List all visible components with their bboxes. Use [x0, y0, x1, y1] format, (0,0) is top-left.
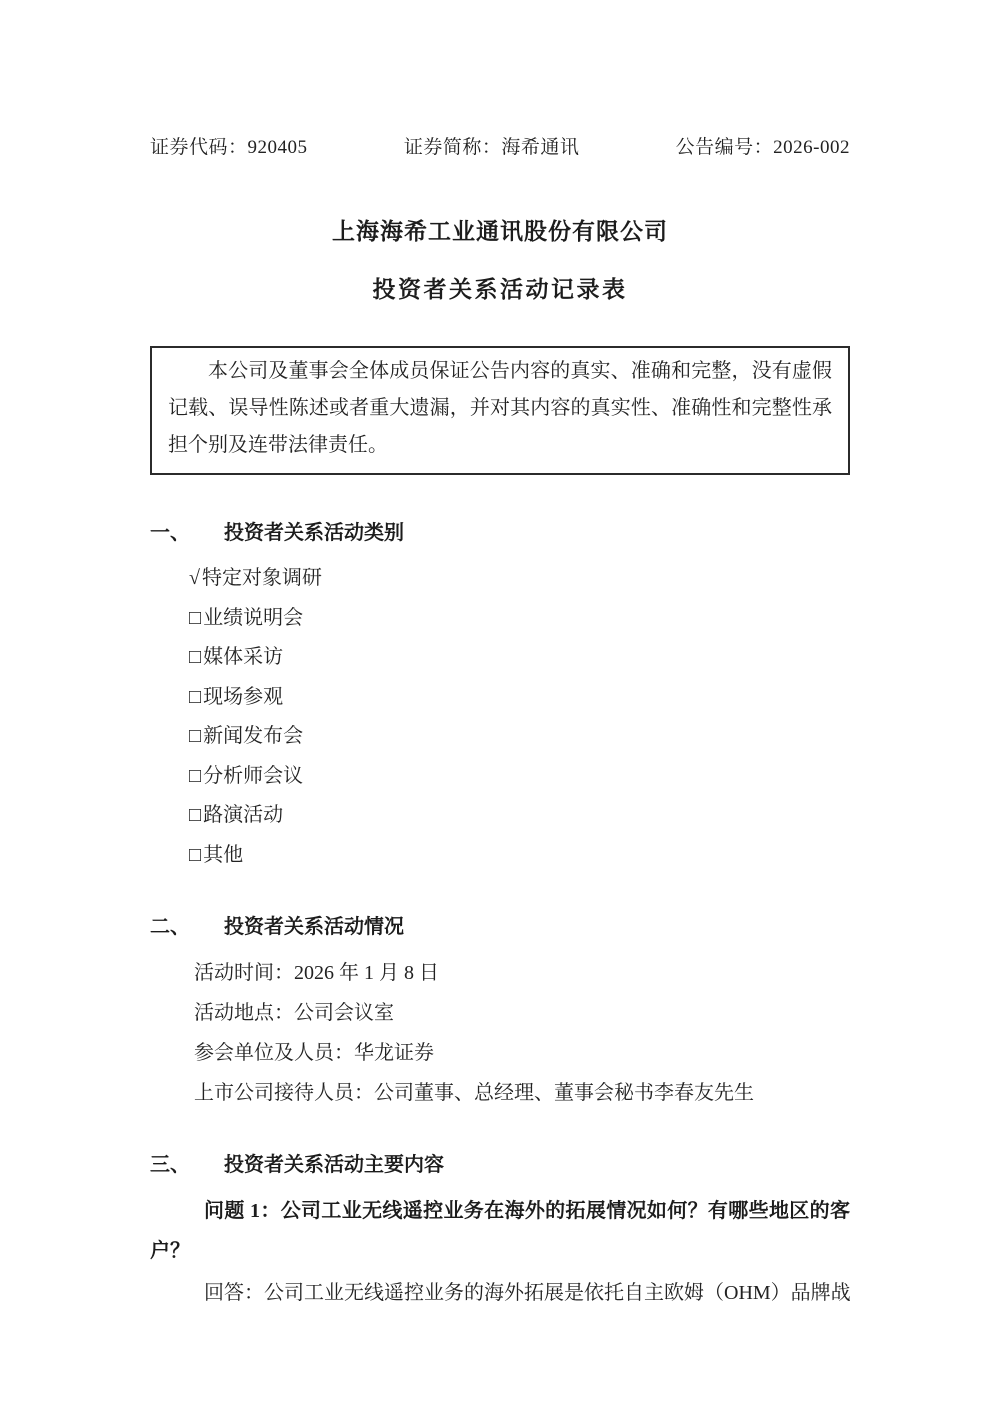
checkbox-icon: □	[189, 765, 201, 787]
section-3-heading: 三、 投资者关系活动主要内容	[150, 1151, 850, 1179]
disclaimer-line: 记载、误导性陈述或者重大遗漏，并对其内容的真实性、准确性和完整性承	[168, 390, 832, 427]
question-line: 问题 1：公司工业无线遥控业务在海外的拓展情况如何？有哪些地区的客	[150, 1191, 850, 1231]
activity-type-item: □现场参观	[189, 678, 850, 718]
document-subtitle: 投资者关系活动记录表	[150, 271, 850, 304]
activity-details: 活动时间：2026 年 1 月 8 日 活动地点：公司会议室 参会单位及人员：华…	[194, 953, 850, 1113]
activity-type-item: □分析师会议	[189, 757, 850, 797]
checkbox-icon: □	[189, 804, 201, 826]
checkbox-icon: □	[189, 646, 201, 668]
activity-type-label: 媒体采访	[203, 646, 283, 668]
section-3-title: 投资者关系活动主要内容	[224, 1151, 444, 1179]
disclaimer-line: 本公司及董事会全体成员保证公告内容的真实、准确和完整，没有虚假	[168, 353, 832, 390]
activity-type-label: 现场参观	[203, 686, 283, 708]
disclaimer-line: 担个别及连带法律责任。	[168, 427, 832, 464]
section-1-heading: 一、 投资者关系活动类别	[150, 519, 850, 547]
checkbox-icon: □	[189, 686, 201, 708]
document-content: 证券代码：920405 证券简称：海希通讯 公告编号：2026-002 上海海希…	[0, 0, 1000, 1414]
company-title: 上海海希工业通讯股份有限公司	[150, 213, 850, 246]
activity-type-item: □路演活动	[189, 796, 850, 836]
activity-type-label: 特定对象调研	[202, 567, 322, 589]
section-2-title: 投资者关系活动情况	[224, 913, 404, 941]
question-answer-block: 问题 1：公司工业无线遥控业务在海外的拓展情况如何？有哪些地区的客 户？ 回答：…	[150, 1191, 850, 1313]
activity-type-label: 新闻发布会	[203, 725, 303, 747]
disclaimer-box: 本公司及董事会全体成员保证公告内容的真实、准确和完整，没有虚假 记载、误导性陈述…	[150, 346, 850, 475]
answer-line: 回答：公司工业无线遥控业务的海外拓展是依托自主欧姆（OHM）品牌战	[150, 1273, 850, 1313]
activity-type-label: 分析师会议	[203, 765, 303, 787]
activity-participants: 参会单位及人员：华龙证券	[194, 1033, 850, 1073]
checkbox-icon: □	[189, 844, 201, 866]
activity-type-label: 路演活动	[203, 804, 283, 826]
section-3-number: 三、	[150, 1151, 224, 1179]
stock-code: 证券代码：920405	[150, 132, 308, 159]
section-2-heading: 二、 投资者关系活动情况	[150, 913, 850, 941]
section-1-title: 投资者关系活动类别	[224, 519, 404, 547]
document-header-row: 证券代码：920405 证券简称：海希通讯 公告编号：2026-002	[150, 132, 850, 159]
activity-type-item: □媒体采访	[189, 638, 850, 678]
question-line: 户？	[150, 1231, 850, 1271]
activity-type-list: √特定对象调研 □业绩说明会 □媒体采访 □现场参观 □新闻发布会 □分析师会议…	[189, 559, 850, 875]
checkmark-icon: √	[189, 567, 200, 589]
section-2-number: 二、	[150, 913, 224, 941]
section-1-number: 一、	[150, 519, 224, 547]
stock-abbreviation: 证券简称：海希通讯	[404, 132, 580, 159]
announcement-document-page: 证券代码：920405 证券简称：海希通讯 公告编号：2026-002 上海海希…	[0, 0, 1000, 1414]
checkbox-icon: □	[189, 725, 201, 747]
activity-type-item: □业绩说明会	[189, 599, 850, 639]
activity-time: 活动时间：2026 年 1 月 8 日	[194, 953, 850, 993]
checkbox-icon: □	[189, 607, 201, 629]
activity-hosts: 上市公司接待人员：公司董事、总经理、董事会秘书李春友先生	[194, 1073, 850, 1113]
activity-type-item: □其他	[189, 836, 850, 876]
activity-type-label: 其他	[203, 844, 243, 866]
activity-type-item-checked: √特定对象调研	[189, 559, 850, 599]
activity-type-label: 业绩说明会	[203, 607, 303, 629]
activity-type-item: □新闻发布会	[189, 717, 850, 757]
announcement-number: 公告编号：2026-002	[676, 132, 850, 159]
activity-location: 活动地点：公司会议室	[194, 993, 850, 1033]
